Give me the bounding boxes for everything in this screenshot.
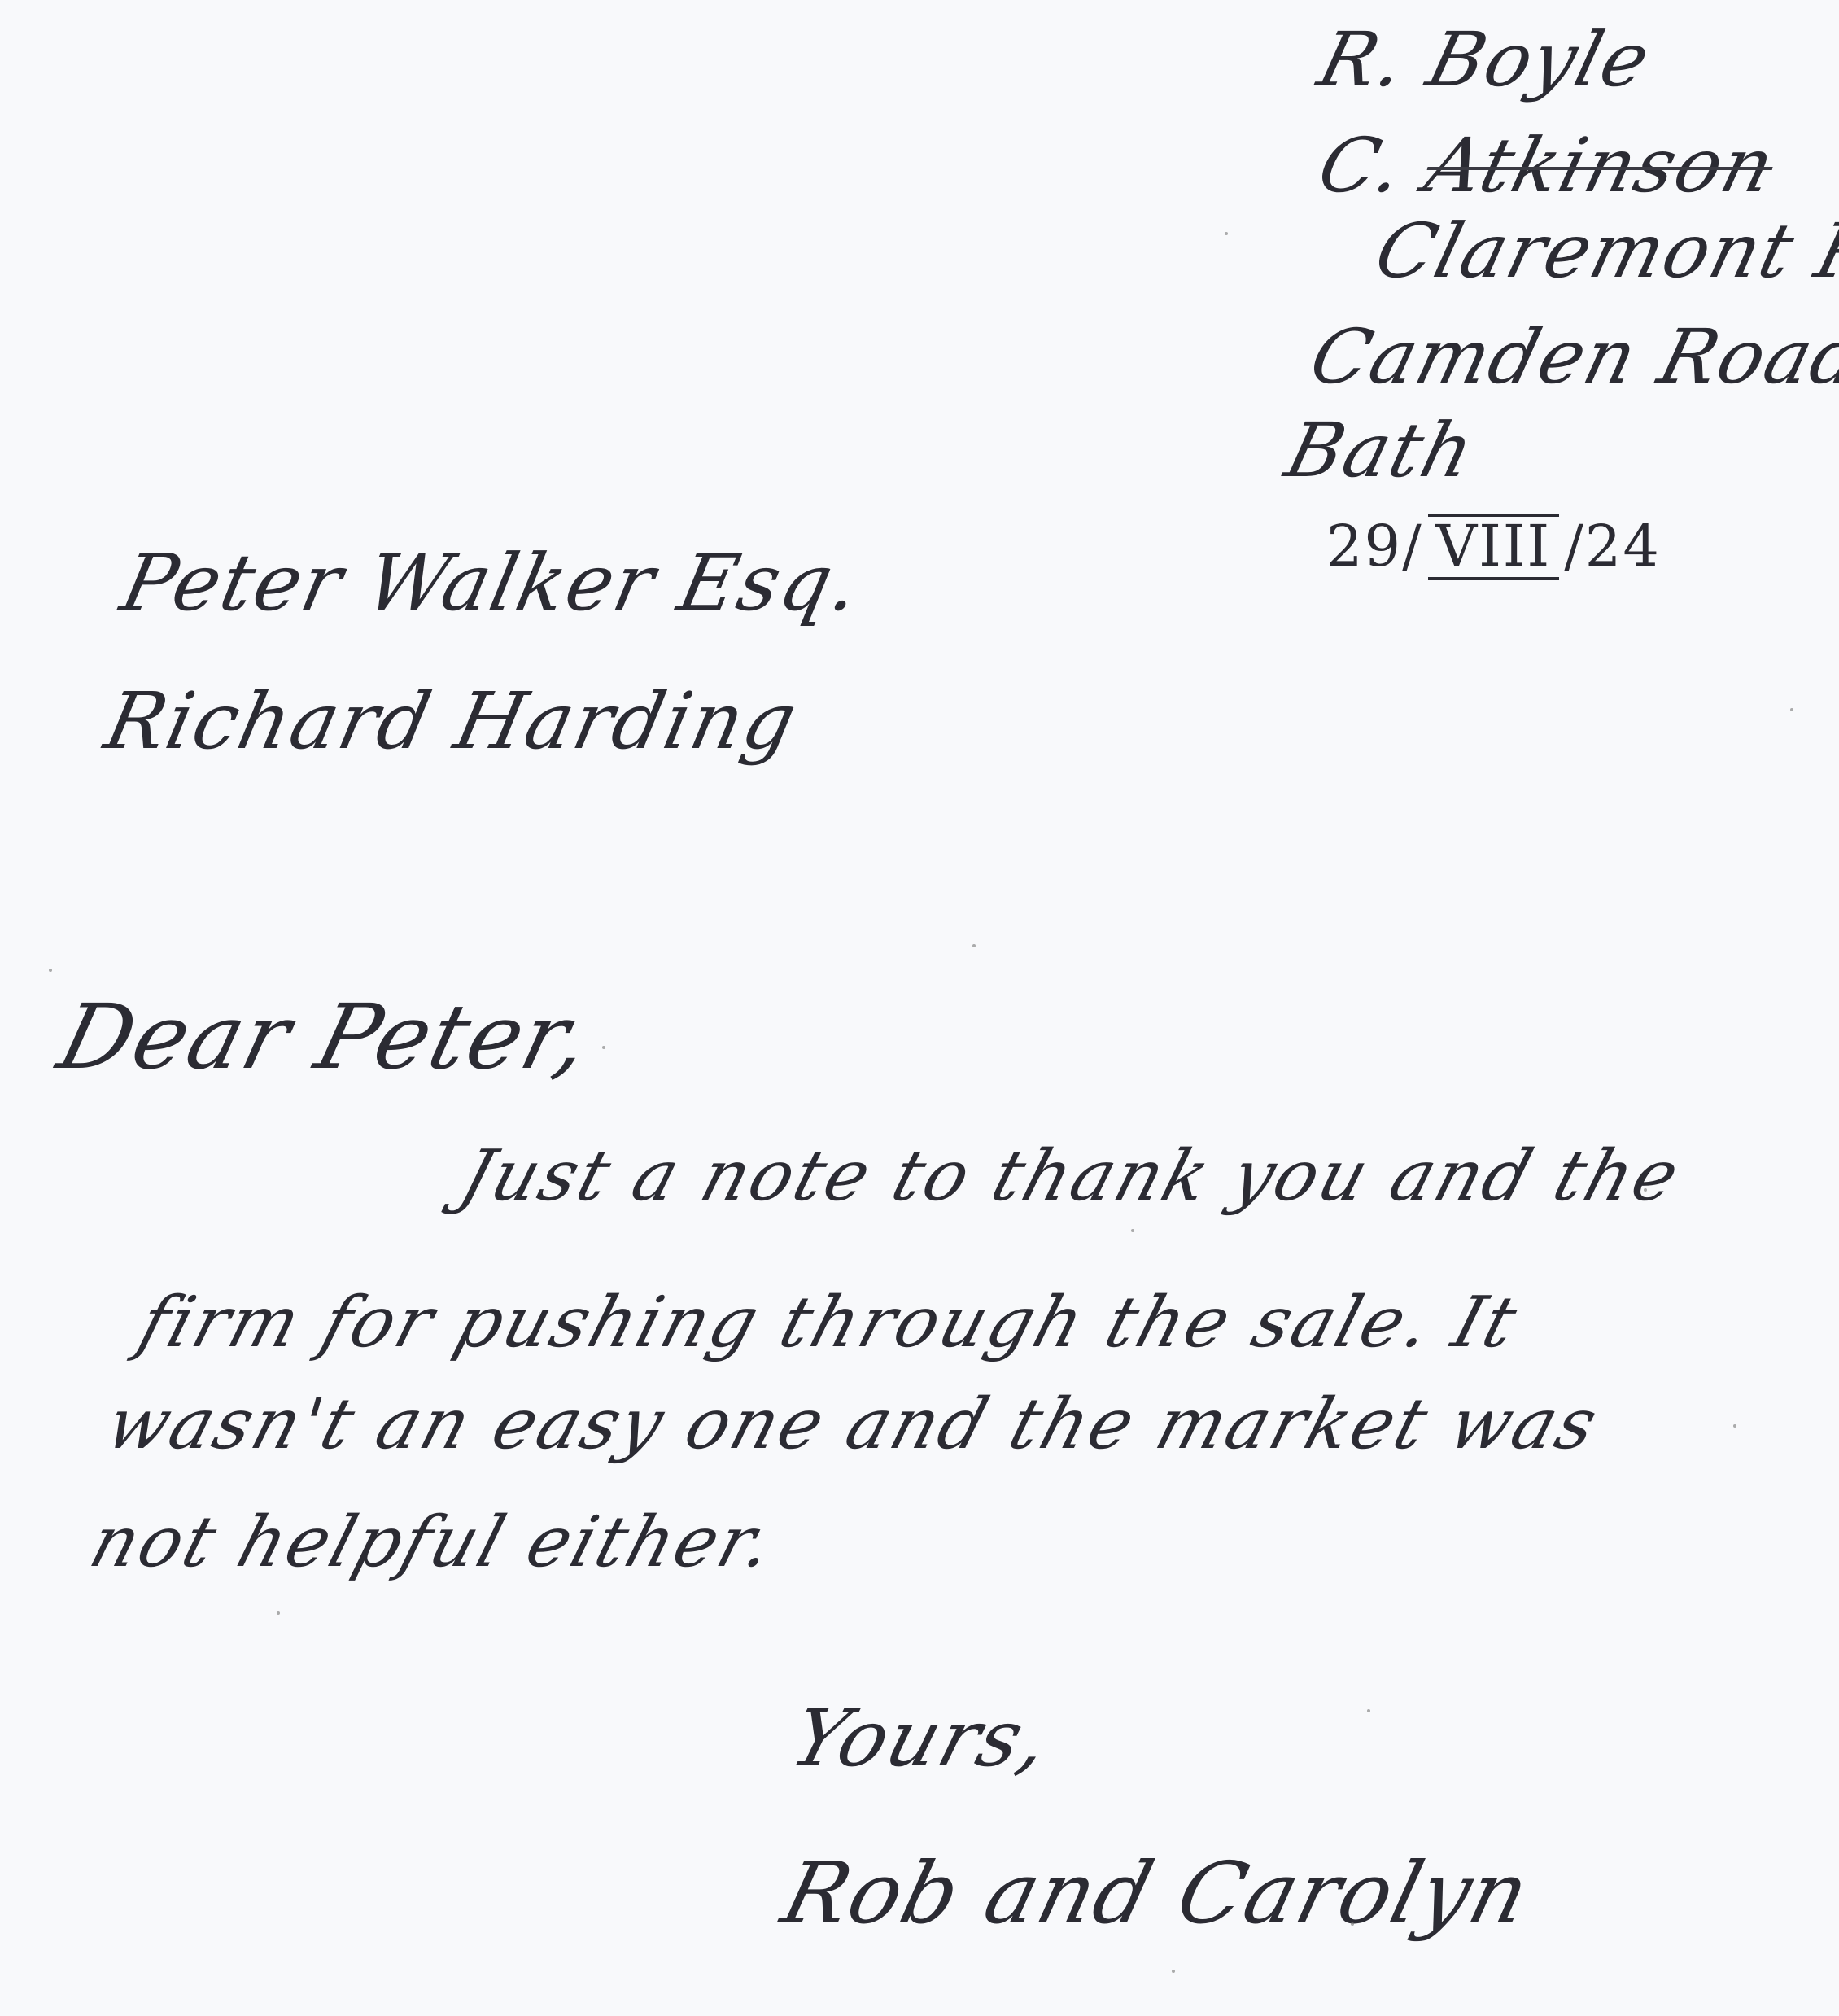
scan-speck xyxy=(1351,1922,1354,1926)
date-day: 29 xyxy=(1326,513,1402,579)
address-line-road: Camden Road xyxy=(1302,313,1839,400)
scan-speck xyxy=(1644,1188,1647,1192)
body-line: wasn't an easy one and the market was xyxy=(98,1384,1608,1465)
date-separator: / xyxy=(1564,513,1585,579)
recipient-line: Richard Harding xyxy=(98,676,806,767)
struck-surname: Atkinson xyxy=(1417,122,1784,209)
body-line: firm for pushing through the sale. It xyxy=(130,1282,1528,1363)
body-line: not helpful either. xyxy=(81,1502,784,1583)
salutation: Dear Peter, xyxy=(49,985,601,1089)
scan-speck xyxy=(602,1046,605,1049)
scan-speck xyxy=(1367,1709,1370,1712)
address-line-street: Claremont Place xyxy=(1367,208,1839,295)
recipient-line: Peter Walker Esq. xyxy=(114,537,869,628)
scan-speck xyxy=(277,1611,280,1615)
closing: Yours, xyxy=(781,1693,1061,1784)
scan-speck xyxy=(1131,1229,1134,1232)
sender-name: R. Boyle xyxy=(1310,16,1659,103)
scan-speck xyxy=(972,944,976,947)
scan-speck xyxy=(1790,708,1793,711)
date-month: VIII xyxy=(1428,514,1560,580)
date-separator: / xyxy=(1402,513,1423,579)
scan-speck xyxy=(1733,1424,1736,1428)
scan-speck xyxy=(1225,232,1228,235)
scan-speck xyxy=(49,969,52,972)
sender-name-second: C. Atkinson xyxy=(1310,122,1784,209)
date-year: 24 xyxy=(1585,513,1661,579)
address-line-city: Bath xyxy=(1278,407,1483,494)
scan-speck xyxy=(1172,1970,1175,1973)
letter-date: 29/VIII/24 xyxy=(1326,513,1661,580)
letter-page: R. Boyle C. Atkinson Claremont Place Cam… xyxy=(0,0,1839,2016)
signature: Rob and Carolyn xyxy=(773,1843,1540,1943)
body-line: Just a note to thank you and the xyxy=(452,1135,1690,1217)
